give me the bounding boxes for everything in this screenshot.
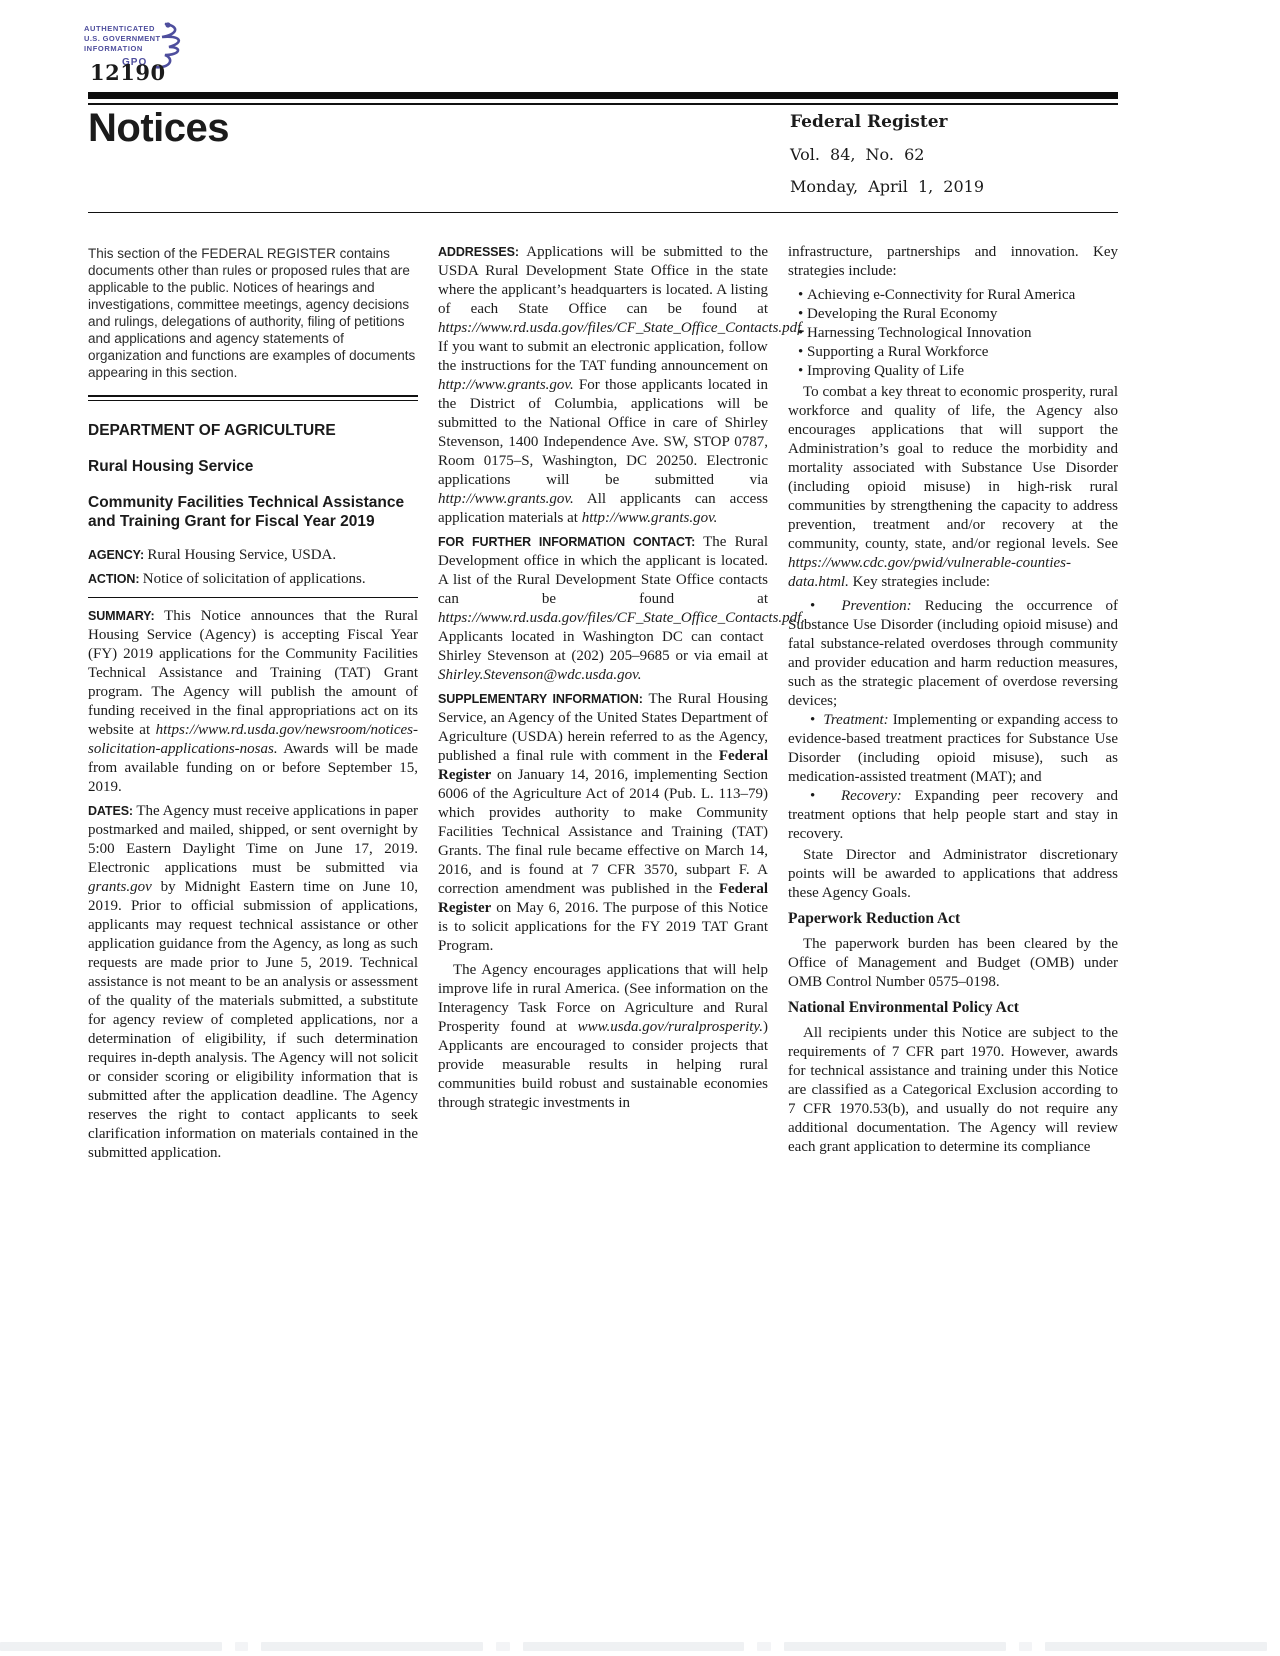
agency-paragraph: AGENCY: Rural Housing Service, USDA.	[88, 546, 418, 565]
list-item: Supporting a Rural Workforce	[798, 343, 1118, 362]
header-divider	[88, 212, 1118, 213]
supplementary-paragraph: SUPPLEMENTARY INFORMATION: The Rural Hou…	[438, 690, 768, 956]
list-item: Prevention: Reducing the occurrence of S…	[788, 597, 1118, 711]
state-director-paragraph: State Director and Administrator discret…	[788, 846, 1118, 903]
contact-paragraph: FOR FURTHER INFORMATION CONTACT: The Rur…	[438, 533, 768, 685]
section-heading: Notices	[88, 106, 229, 151]
continuation-paragraph: infrastructure, partnerships and innovat…	[788, 243, 1118, 281]
header-rule-thin	[88, 103, 1118, 105]
list-item: Developing the Rural Economy	[798, 305, 1118, 324]
opioid-strategies-list: Prevention: Reducing the occurrence of S…	[788, 597, 1118, 844]
column-1: This section of the FEDERAL REGISTER con…	[88, 243, 418, 1168]
combat-paragraph: To combat a key threat to economic prosp…	[788, 383, 1118, 592]
document-title: Community Facilities Technical Assistanc…	[88, 493, 418, 531]
list-item: Recovery: Expanding peer recovery and tr…	[788, 787, 1118, 844]
header-rule-thick	[88, 92, 1118, 99]
nepa-paragraph: All recipients under this Notice are sub…	[788, 1024, 1118, 1157]
footer-scan-artifact	[0, 1642, 1280, 1651]
column-3: infrastructure, partnerships and innovat…	[788, 243, 1118, 1168]
seal-line-2: U.S. GOVERNMENT	[84, 34, 160, 43]
page-number: 12190	[90, 60, 166, 85]
seal-line-3: INFORMATION	[84, 44, 143, 53]
paperwork-heading: Paperwork Reduction Act	[788, 909, 1118, 928]
addresses-paragraph: ADDRESSES: Applications will be submitte…	[438, 243, 768, 528]
paperwork-paragraph: The paperwork burden has been cleared by…	[788, 935, 1118, 992]
action-paragraph: ACTION: Notice of solicitation of applic…	[88, 570, 418, 589]
column-2: ADDRESSES: Applications will be submitte…	[438, 243, 768, 1168]
encourage-paragraph: The Agency encourages applications that …	[438, 961, 768, 1113]
list-item: Treatment: Implementing or expanding acc…	[788, 711, 1118, 787]
subagency-heading: Rural Housing Service	[88, 457, 418, 476]
nepa-heading: National Environmental Policy Act	[788, 998, 1118, 1017]
masthead-title: Federal Register	[790, 112, 984, 132]
masthead-date: Monday, April 1, 2019	[790, 177, 984, 196]
masthead: Federal Register Vol. 84, No. 62 Monday,…	[790, 112, 984, 209]
summary-divider-rule	[88, 597, 418, 598]
seal-line-1: AUTHENTICATED	[84, 24, 155, 33]
list-item: Improving Quality of Life	[798, 362, 1118, 381]
masthead-volume: Vol. 84, No. 62	[790, 145, 984, 164]
department-heading: DEPARTMENT OF AGRICULTURE	[88, 421, 418, 440]
section-intro-note: This section of the FEDERAL REGISTER con…	[88, 245, 418, 381]
article-columns: This section of the FEDERAL REGISTER con…	[88, 243, 1118, 1168]
list-item: Harnessing Technological Innovation	[798, 324, 1118, 343]
federal-register-page: AUTHENTICATED U.S. GOVERNMENT INFORMATIO…	[88, 0, 1118, 1656]
list-item: Achieving e-Connectivity for Rural Ameri…	[798, 286, 1118, 305]
key-strategies-list: Achieving e-Connectivity for Rural Ameri…	[788, 286, 1118, 381]
dates-paragraph: DATES: The Agency must receive applicati…	[88, 802, 418, 1163]
document-start-rule	[88, 395, 418, 401]
summary-paragraph: SUMMARY: This Notice announces that the …	[88, 607, 418, 797]
